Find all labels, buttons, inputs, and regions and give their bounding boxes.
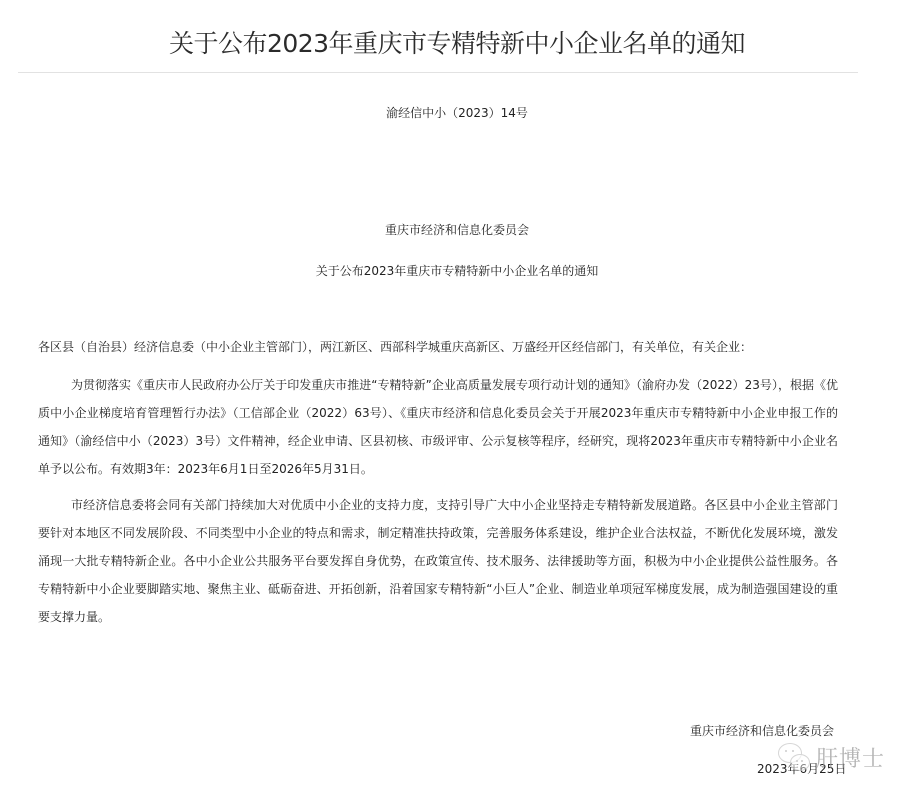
- issuer-name: 重庆市经济和信息化委员会: [0, 221, 914, 239]
- signature-organization: 重庆市经济和信息化委员会: [690, 722, 834, 740]
- notice-subtitle: 关于公布2023年重庆市专精特新中小企业名单的通知: [0, 262, 914, 280]
- body-paragraph-2: 市经济信息委将会同有关部门持续加大对优质中小企业的支持力度，支持引导广大中小企业…: [38, 491, 838, 631]
- watermark: 肝博士: [778, 742, 885, 773]
- body-paragraph-1: 为贯彻落实《重庆市人民政府办公厅关于印发重庆市推进“专精特新”企业高质量发展专项…: [38, 371, 838, 483]
- document-number: 渝经信中小（2023）14号: [0, 104, 914, 122]
- wechat-icon: [778, 743, 812, 773]
- page-title: 关于公布2023年重庆市专精特新中小企业名单的通知: [0, 26, 914, 62]
- watermark-text: 肝博士: [816, 742, 885, 773]
- addressee-line: 各区县（自治县）经济信息委（中小企业主管部门），两江新区、西部科学城重庆高新区、…: [38, 338, 752, 356]
- title-divider: [18, 72, 858, 73]
